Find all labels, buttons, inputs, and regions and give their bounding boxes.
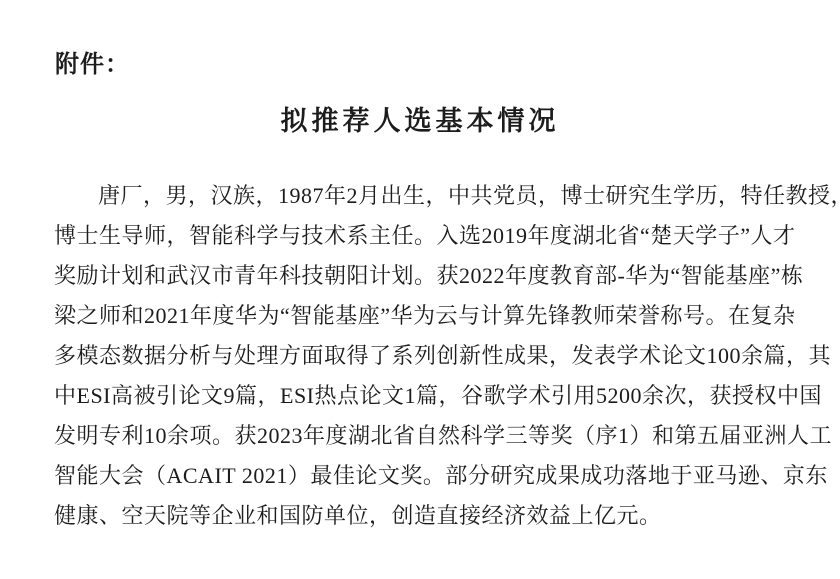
paragraph-line: 中ESI高被引论文9篇，ESI热点论文1篇，谷歌学术引用5200余次，获授权中国 xyxy=(54,376,792,416)
document-page: 附件： 拟推荐人选基本情况 唐厂，男，汉族，1987年2月出生，中共党员，博士研… xyxy=(0,0,840,579)
attachment-label: 附件： xyxy=(55,44,130,79)
paragraph-line: 发明专利10余项。获2023年度湖北省自然科学三等奖（序1）和第五届亚洲人工 xyxy=(54,416,792,456)
paragraph-line: 唐厂，男，汉族，1987年2月出生，中共党员，博士研究生学历，特任教授， xyxy=(54,176,792,216)
paragraph-line: 奖励计划和武汉市青年科技朝阳计划。获2022年度教育部-华为“智能基座”栋 xyxy=(54,256,792,296)
paragraph-line: 多模态数据分析与处理方面取得了系列创新性成果，发表学术论文100余篇，其 xyxy=(54,336,792,376)
document-title: 拟推荐人选基本情况 xyxy=(0,99,840,138)
body-paragraph: 唐厂，男，汉族，1987年2月出生，中共党员，博士研究生学历，特任教授， 博士生… xyxy=(54,176,792,536)
paragraph-line: 健康、空天院等企业和国防单位，创造直接经济效益上亿元。 xyxy=(54,496,792,536)
paragraph-line: 博士生导师，智能科学与技术系主任。入选2019年度湖北省“楚天学子”人才 xyxy=(54,216,792,256)
paragraph-line: 梁之师和2021年度华为“智能基座”华为云与计算先锋教师荣誉称号。在复杂 xyxy=(54,296,792,336)
paragraph-line: 智能大会（ACAIT 2021）最佳论文奖。部分研究成果成功落地于亚马逊、京东 xyxy=(54,456,792,496)
